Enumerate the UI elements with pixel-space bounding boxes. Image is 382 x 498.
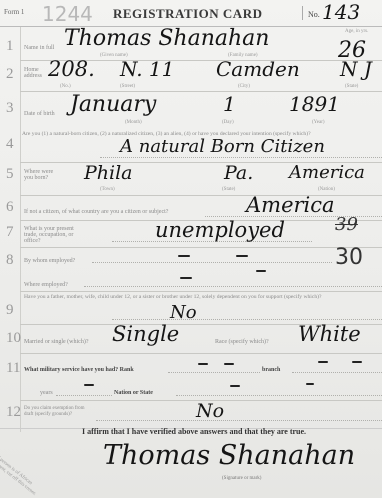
field-label: Name in full [24,45,54,51]
blank-mark [84,384,94,386]
answer-line [56,395,112,396]
citizen-country-value: America [246,193,335,217]
blank-mark [306,383,314,385]
answer-line [96,420,382,421]
field-label: Where employed? [24,282,68,288]
registration-card: Form 1 1244 REGISTRATION CARD No. 143 1 … [0,0,382,498]
blank-mark [256,270,266,272]
blank-mark [180,277,192,279]
blank-mark [230,385,240,387]
field-label: What military service have you had? Rank [24,367,134,373]
field-label: What is your present trade, occupation, … [24,226,84,244]
sub-label: (State) [222,187,235,192]
field-number: 1 [6,38,14,55]
address-state: N J [340,57,372,81]
blank-mark [198,363,208,365]
field-label: By whom employed? [24,258,75,264]
field-number: 2 [6,66,14,83]
field-number: 7 [6,224,14,241]
birth-month: January [70,92,156,117]
field-label: Do you claim exemption from draft (speci… [24,406,94,418]
field-label: Where were you born? [24,169,54,181]
nation-label: Nation or State [114,390,153,396]
card-title: REGISTRATION CARD [113,6,262,22]
birth-year: 1891 [289,92,340,116]
field-label: Home address [24,67,40,79]
corner-stamp: If person is of African descent, cut off… [0,455,45,498]
answer-line [100,157,382,158]
years-label: years [40,390,53,396]
birth-state: Pa. [224,162,253,184]
sub-label: (City) [238,84,250,89]
field-number: 4 [6,136,14,153]
blank-mark [352,361,362,363]
dependents-value: No [170,302,197,323]
blank-mark [224,363,234,365]
sub-label: (State) [345,84,358,89]
field-label: Married or single (which)? [24,339,88,345]
field-label: Have you a father, mother, wife, child u… [24,294,321,300]
age-label: Age, in yrs. [345,29,368,34]
race-label: Race (specify which)? [215,339,269,345]
form-label: Form 1 [4,8,24,16]
blank-mark [318,361,328,363]
margin-note: 30 [335,245,363,270]
blank-mark [236,255,248,257]
divider [302,6,303,20]
divider [20,247,382,248]
branch-label: branch [262,367,280,373]
field-number: 9 [6,302,14,319]
name-value: Thomas Shanahan [64,26,269,51]
marital-status-value: Single [112,322,179,346]
field-number: 11 [6,360,20,377]
field-number: 8 [6,252,14,269]
answer-line [168,372,260,373]
answer-line [292,372,382,373]
field-number: 5 [6,166,14,183]
birth-day: 1 [223,92,236,116]
address-city: Camden [216,57,300,81]
address-street: N. 11 [120,57,174,81]
field-number: 12 [6,404,21,421]
field-number: 6 [6,199,14,216]
no-label: No. [308,10,320,19]
race-value: White [298,322,361,346]
exemption-value: No [196,400,224,422]
occupation-value: unemployed [155,218,285,242]
field-label: Date of birth [24,111,55,117]
address-number: 208. [48,57,95,81]
field-label: If not a citizen, of what country are yo… [24,209,168,215]
struck-note: 39 [335,214,358,235]
answer-line [92,262,332,263]
citizenship-value: A natural Born Citizen [120,136,325,157]
divider [20,291,382,292]
card-number: 143 [322,0,360,24]
pencil-serial: 1244 [42,2,93,26]
sub-label: (Nation) [318,187,335,192]
affirmation-text: I affirm that I have verified above answ… [82,427,306,436]
birth-nation: America [289,162,365,183]
answer-line [176,395,382,396]
blank-mark [178,255,190,257]
field-number: 10 [6,330,21,347]
signature: Thomas Shanahan [103,440,355,471]
field-number: 3 [6,100,14,117]
signature-label: (Signature or mark) [222,476,261,481]
answer-line [84,286,382,287]
birth-town: Phila [84,162,133,184]
sub-label: (Day) [222,120,234,125]
answer-line [112,319,382,320]
divider [20,353,382,354]
sub-label: (Town) [100,187,115,192]
sub-label: (No.) [60,84,71,89]
sub-label: (Street) [120,84,135,89]
sub-label: (Month) [125,120,142,125]
sub-label: (Year) [312,120,325,125]
